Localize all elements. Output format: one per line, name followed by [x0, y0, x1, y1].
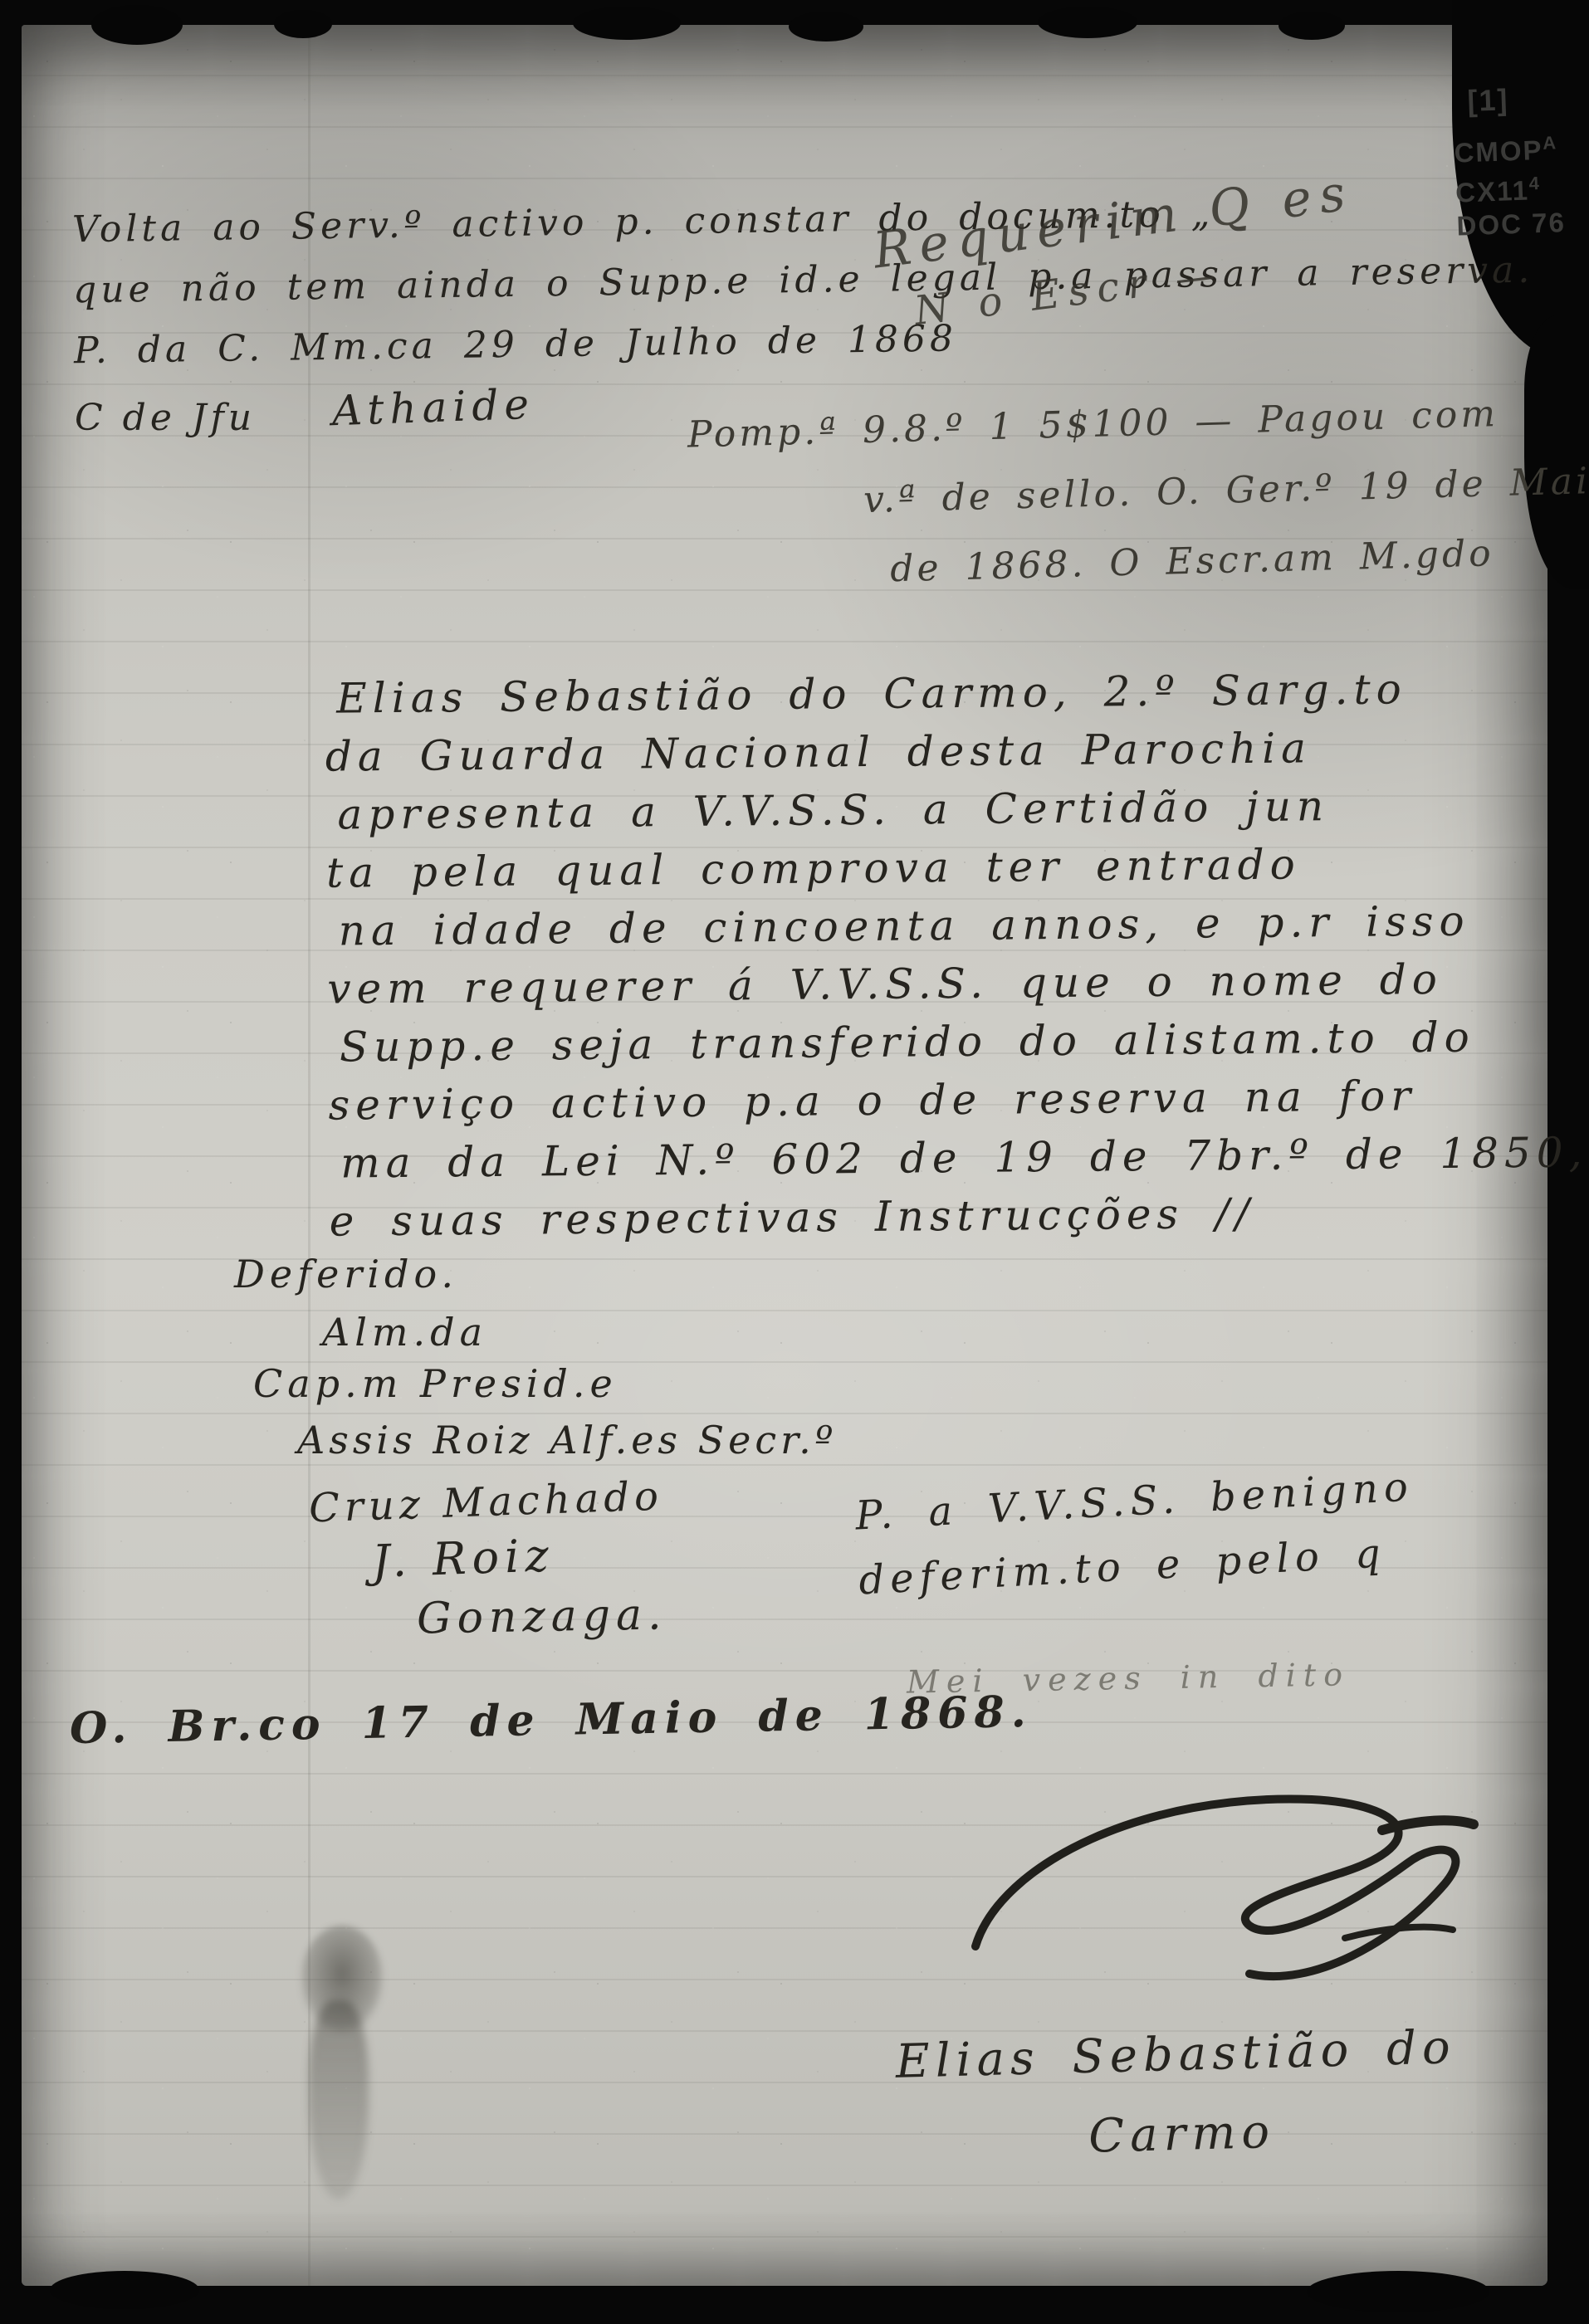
body-line-3: apresenta a V.V.S.S. a Certidão jun [337, 774, 1585, 843]
scanned-document: [1] CMOPA CX114 DOC 76 Volta ao Serv.º a… [0, 0, 1589, 2324]
payment-note: Pomp.ª 9.8.º 1 5$100 — Pagou com v.ª de … [687, 376, 1589, 609]
body-line-5: na idade de cincoenta annos, e p.r isso [338, 891, 1586, 959]
stamp-collection: CMOPA [1454, 125, 1580, 169]
j-roiz-signature: J. Roiz [371, 1529, 555, 1588]
rubric-flourish-signature [955, 1784, 1552, 2000]
body-line-9: ma da Lei N.º 602 de 19 de 7br.º de 1850… [340, 1123, 1588, 1192]
body-line-4: ta pela qual comprova ter entrado [326, 832, 1586, 901]
scan-edge-notch [50, 2271, 199, 2309]
body-line-1: Elias Sebastião do Carmo, 2.º Sarg.to [336, 658, 1584, 727]
deferido-note: Deferido. [234, 1252, 458, 1296]
petition-body: Elias Sebastião do Carmo, 2.º Sarg.to da… [336, 658, 1588, 1250]
athaide-signature: Athaide [331, 380, 535, 435]
scan-edge-notch [1038, 7, 1137, 38]
body-line-10: e suas respectivas Instrucções // [329, 1181, 1588, 1250]
scan-edge-notch [573, 7, 681, 40]
petitioner-signature: Elias Sebastião do Carmo [895, 2008, 1459, 2182]
secretary-signature: Assis Roiz Alf.es Secr.º [297, 1418, 837, 1462]
scan-edge-notch [1307, 2271, 1489, 2312]
captain-president-note: Cap.m Presid.e [253, 1361, 618, 1406]
body-line-2: da Guarda Nacional desta Parochia [325, 716, 1585, 785]
body-line-6: vem requerer á V.V.S.S. que o nome do [327, 949, 1587, 1018]
signature-line-1: Elias Sebastião do [895, 2008, 1457, 2102]
body-line-7: Supp.e seja transferido do alistam.to do [340, 1007, 1587, 1076]
almda-note: Alm.da [322, 1310, 487, 1355]
gonzaga-signature: Gonzaga. [416, 1589, 667, 1643]
scan-edge-notch [91, 5, 183, 45]
scan-edge-notch [789, 12, 863, 41]
signature-line-2: Carmo [1088, 2087, 1459, 2177]
scan-edge-notch [1279, 12, 1345, 40]
body-line-8: serviço activo p.a o de reserva na for [328, 1065, 1587, 1134]
despatch-abbreviation: C de Jfu [75, 397, 256, 439]
scan-edge-notch [274, 10, 332, 38]
ink-smudge-streak [309, 2000, 369, 2199]
stamp-page-number: [1] [1467, 81, 1577, 118]
